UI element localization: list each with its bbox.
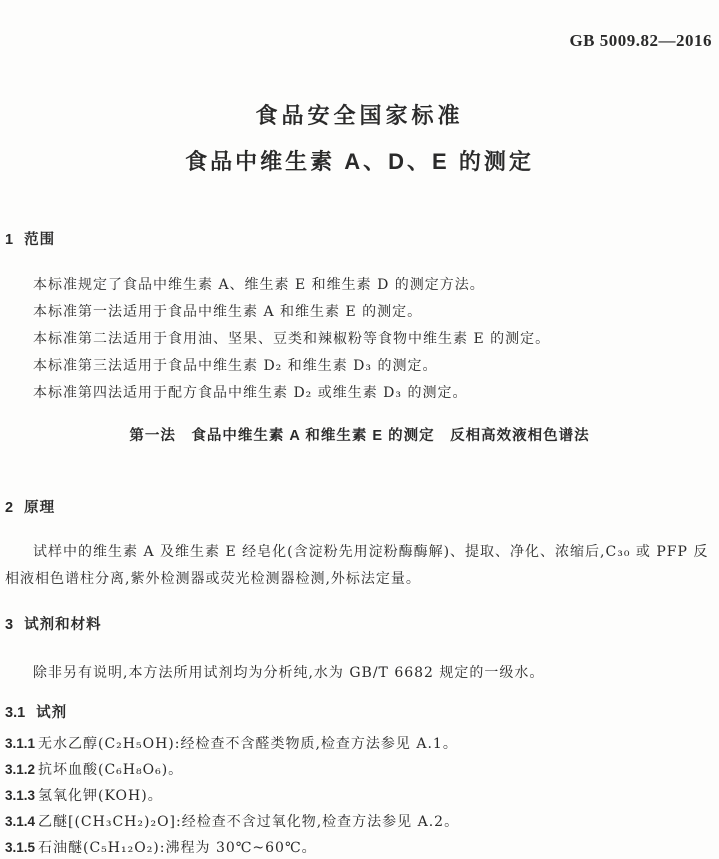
section-1-heading: 1 范围 bbox=[5, 228, 55, 249]
clause-number: 3.1.4 bbox=[5, 809, 38, 834]
section-3-heading: 3 试剂和材料 bbox=[5, 613, 102, 634]
reagent-text: 无水乙醇(C₂H₅OH):经检查不含醛类物质,检查方法参见 A.1。 bbox=[38, 732, 715, 757]
paragraph-line: 本标准第四法适用于配方食品中维生素 D₂ 或维生素 D₃ 的测定。 bbox=[5, 380, 715, 407]
reagent-text: 抗坏血酸(C₆H₈O₆)。 bbox=[38, 758, 715, 783]
paragraph-line: 本标准规定了食品中维生素 A、维生素 E 和维生素 D 的测定方法。 bbox=[5, 272, 715, 299]
document-page: GB 5009.82—2016 食品安全国家标准 食品中维生素 A、D、E 的测… bbox=[0, 0, 719, 859]
clause-number: 3.1 bbox=[5, 705, 25, 721]
section-3-1-heading: 3.1 试剂 bbox=[5, 701, 67, 722]
clause-title: 范围 bbox=[24, 228, 55, 249]
clause-number: 1 bbox=[5, 232, 13, 248]
clause-title: 试剂 bbox=[36, 701, 67, 722]
clause-number: 2 bbox=[5, 500, 13, 516]
paragraph-line: 除非另有说明,本方法所用试剂均为分析纯,水为 GB/T 6682 规定的一级水。 bbox=[5, 660, 715, 687]
standard-code: GB 5009.82—2016 bbox=[569, 31, 712, 51]
section-2-paragraph: 试样中的维生素 A 及维生素 E 经皂化(含淀粉先用淀粉酶酶解)、提取、净化、浓… bbox=[5, 539, 715, 593]
clause-number: 3.1.5 bbox=[5, 835, 38, 859]
paragraph-line: 本标准第二法适用于食用油、坚果、豆类和辣椒粉等食物中维生素 E 的测定。 bbox=[5, 326, 715, 353]
reagent-item: 3.1.2 抗坏血酸(C₆H₈O₆)。 bbox=[5, 757, 715, 783]
reagent-item: 3.1.4 乙醚[(CH₃CH₂)₂O]:经检查不含过氧化物,检查方法参见 A.… bbox=[5, 809, 715, 835]
clause-number: 3.1.1 bbox=[5, 731, 38, 756]
reagent-item: 3.1.5 石油醚(C₅H₁₂O₂):沸程为 30℃~60℃。 bbox=[5, 835, 715, 859]
section-3-intro: 除非另有说明,本方法所用试剂均为分析纯,水为 GB/T 6682 规定的一级水。 bbox=[5, 660, 715, 687]
clause-number: 3.1.3 bbox=[5, 783, 38, 808]
paragraph-line: 试样中的维生素 A 及维生素 E 经皂化(含淀粉先用淀粉酶酶解)、提取、净化、浓… bbox=[5, 539, 715, 566]
clause-title: 试剂和材料 bbox=[24, 613, 102, 634]
reagent-item: 3.1.1 无水乙醇(C₂H₅OH):经检查不含醛类物质,检查方法参见 A.1。 bbox=[5, 731, 715, 757]
reagent-list: 3.1.1 无水乙醇(C₂H₅OH):经检查不含醛类物质,检查方法参见 A.1。… bbox=[5, 731, 715, 859]
reagent-text: 石油醚(C₅H₁₂O₂):沸程为 30℃~60℃。 bbox=[38, 836, 715, 859]
section-1-paragraphs: 本标准规定了食品中维生素 A、维生素 E 和维生素 D 的测定方法。 本标准第一… bbox=[5, 272, 715, 407]
clause-title: 原理 bbox=[24, 496, 55, 517]
reagent-item: 3.1.3 氢氧化钾(KOH)。 bbox=[5, 783, 715, 809]
section-2-heading: 2 原理 bbox=[5, 496, 55, 517]
document-title: 食品安全国家标准 bbox=[0, 99, 719, 130]
paragraph-line: 本标准第三法适用于食品中维生素 D₂ 和维生素 D₃ 的测定。 bbox=[5, 353, 715, 380]
clause-number: 3.1.2 bbox=[5, 757, 38, 782]
reagent-text: 氢氧化钾(KOH)。 bbox=[38, 784, 715, 809]
paragraph-line: 相液相色谱柱分离,紫外检测器或荧光检测器检测,外标法定量。 bbox=[5, 566, 715, 593]
paragraph-line: 本标准第一法适用于食品中维生素 A 和维生素 E 的测定。 bbox=[5, 299, 715, 326]
reagent-text: 乙醚[(CH₃CH₂)₂O]:经检查不含过氧化物,检查方法参见 A.2。 bbox=[38, 810, 715, 835]
method-1-heading: 第一法 食品中维生素 A 和维生素 E 的测定 反相高效液相色谱法 bbox=[0, 424, 719, 445]
clause-number: 3 bbox=[5, 617, 13, 633]
document-subtitle: 食品中维生素 A、D、E 的测定 bbox=[0, 145, 719, 176]
